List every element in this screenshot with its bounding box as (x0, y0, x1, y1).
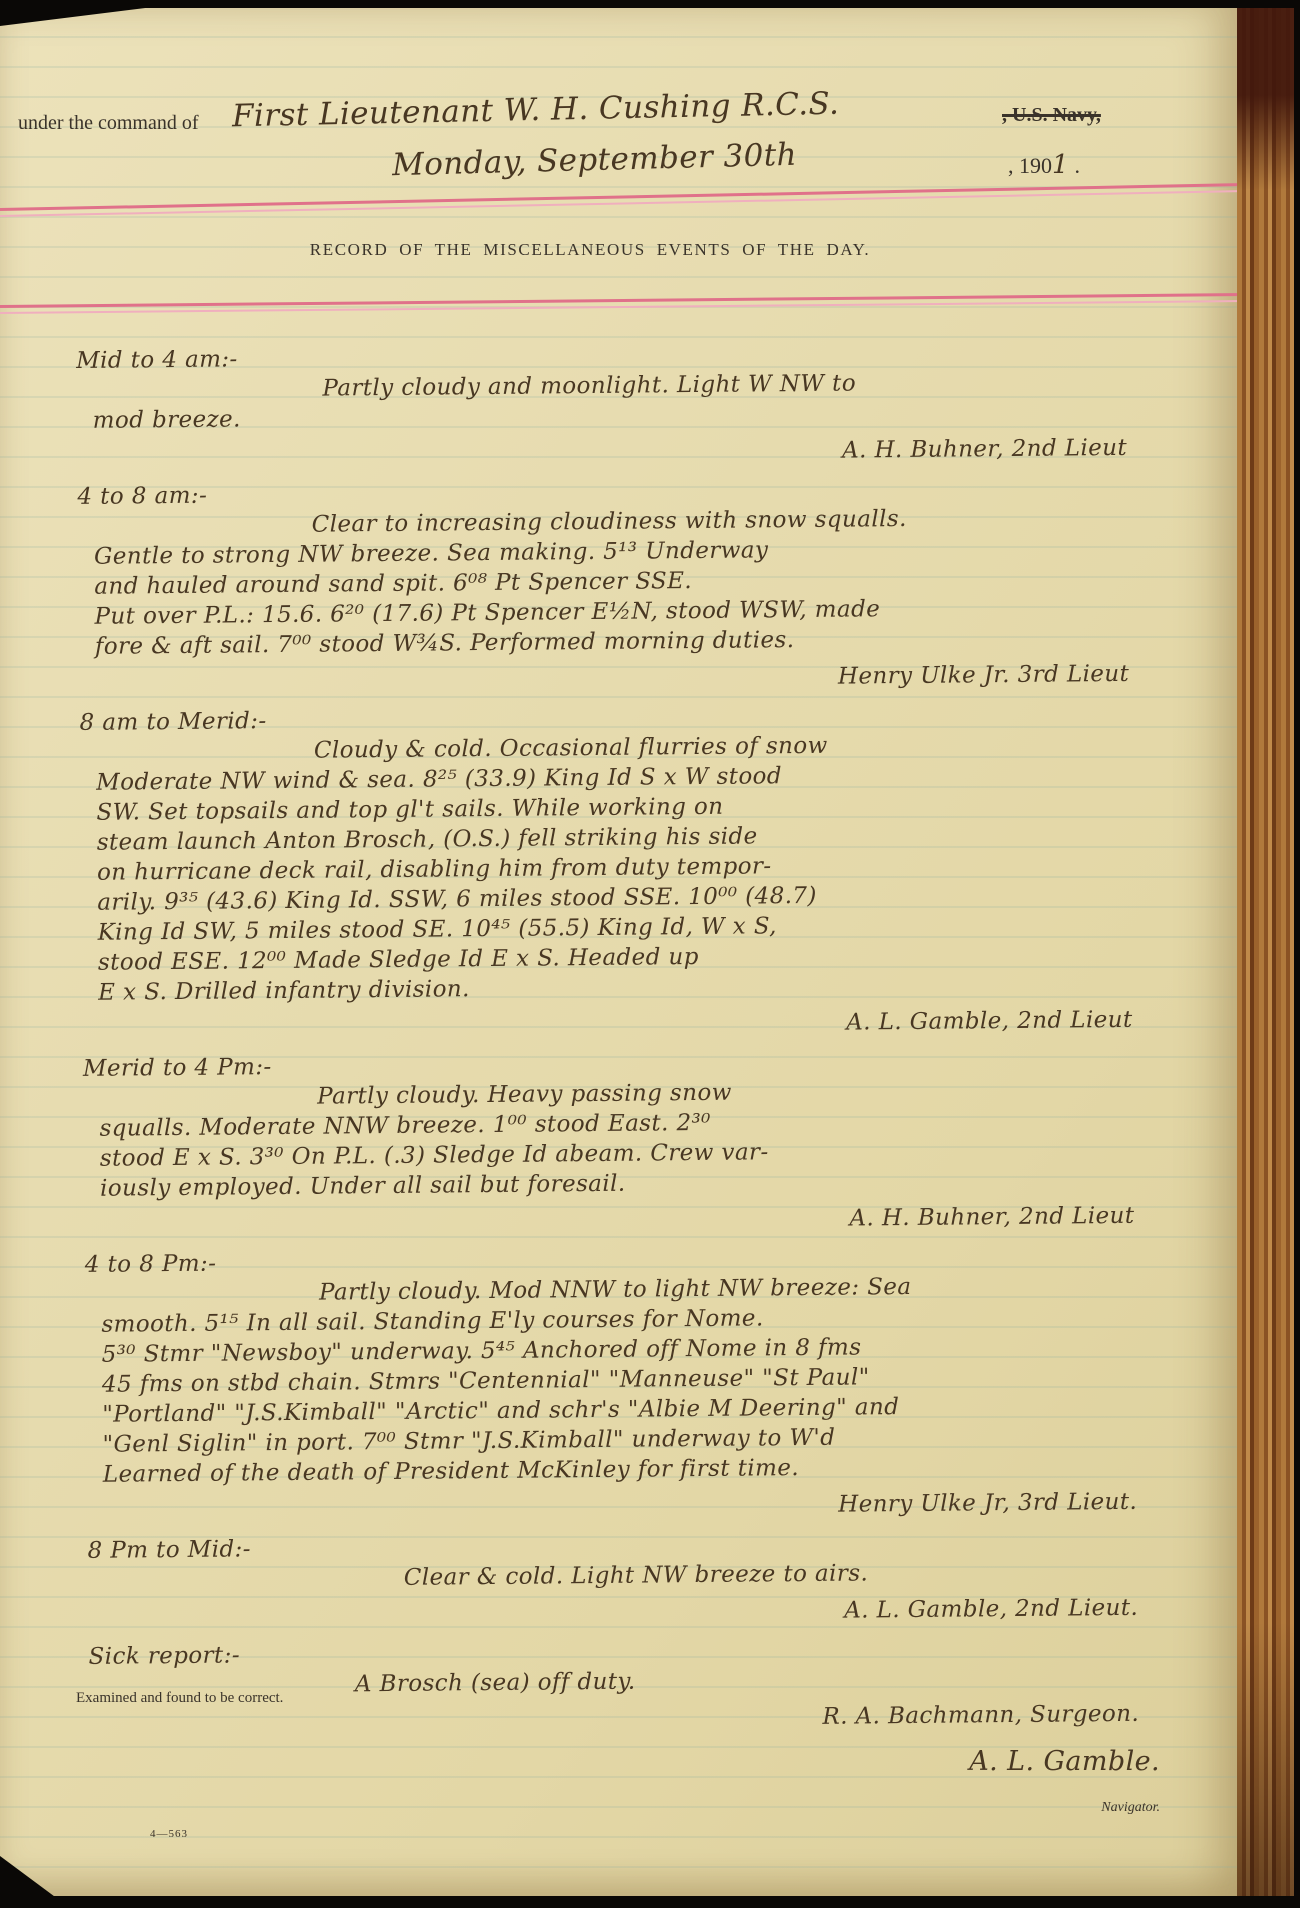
log-entry: Mid to 4 am:-Partly cloudy and moonlight… (70, 335, 1191, 473)
logbook-page: under the command of First Lieutenant W.… (0, 8, 1237, 1896)
log-entry: 8 am to Merid:-Cloudy & cold. Occasional… (73, 697, 1196, 1045)
log-entry: 8 Pm to Mid:-Clear & cold. Light NW bree… (81, 1525, 1202, 1633)
navigator-signature: A. L. Gamble. (0, 1746, 1260, 1777)
scan-corner-top-left (0, 0, 210, 26)
scan-border-right (1294, 0, 1300, 1908)
record-title: RECORD OF THE MISCELLANEOUS EVENTS OF TH… (0, 240, 1180, 260)
watch-signature: A. H. Buhner, 2nd Lieut (71, 433, 1127, 473)
page-header: under the command of First Lieutenant W.… (0, 8, 1237, 338)
year-line: , 1901 . (1008, 150, 1080, 180)
scan-corner-bottom-left (0, 1856, 70, 1908)
examined-statement: Examined and found to be correct. (76, 1690, 283, 1707)
navigator-label: Navigator. (0, 1800, 1268, 1816)
watch-signature: A. L. Gamble, 2nd Lieut (76, 1005, 1132, 1045)
form-number: 4—563 (150, 1828, 188, 1840)
year-period: . (1069, 153, 1080, 178)
year-printed: , 190 (1008, 153, 1052, 178)
commander-name-handwritten: First Lieutenant W. H. Cushing R.C.S. (232, 86, 840, 135)
sick-report-section: Sick report:- A Brosch (sea) off duty. R… (82, 1631, 1203, 1739)
watch-signature: A. H. Buhner, 2nd Lieut (78, 1201, 1134, 1241)
log-entry: 4 to 8 Pm:-Partly cloudy. Mod NNW to lig… (79, 1239, 1202, 1527)
book-page-edges (1237, 0, 1294, 1908)
watch-signature: A. L. Gamble, 2nd Lieut. (82, 1593, 1138, 1633)
command-prefix-printed: under the command of (18, 112, 199, 135)
log-entry: 4 to 8 am:-Clear to increasing cloudines… (71, 471, 1193, 699)
scan-border-bottom (0, 1896, 1300, 1908)
date-handwritten: Monday, September 30th (392, 137, 798, 184)
year-digit-handwritten: 1 (1052, 150, 1069, 180)
watch-signature: Henry Ulke Jr, 3rd Lieut. (81, 1487, 1137, 1527)
watch-signature: Henry Ulke Jr. 3rd Lieut (73, 659, 1129, 699)
navy-text-struck: , U.S. Navy, (1002, 104, 1101, 127)
log-entries: Mid to 4 am:-Partly cloudy and moonlight… (70, 335, 1203, 1748)
log-entry: Merid to 4 Pm:-Partly cloudy. Heavy pass… (77, 1043, 1199, 1241)
